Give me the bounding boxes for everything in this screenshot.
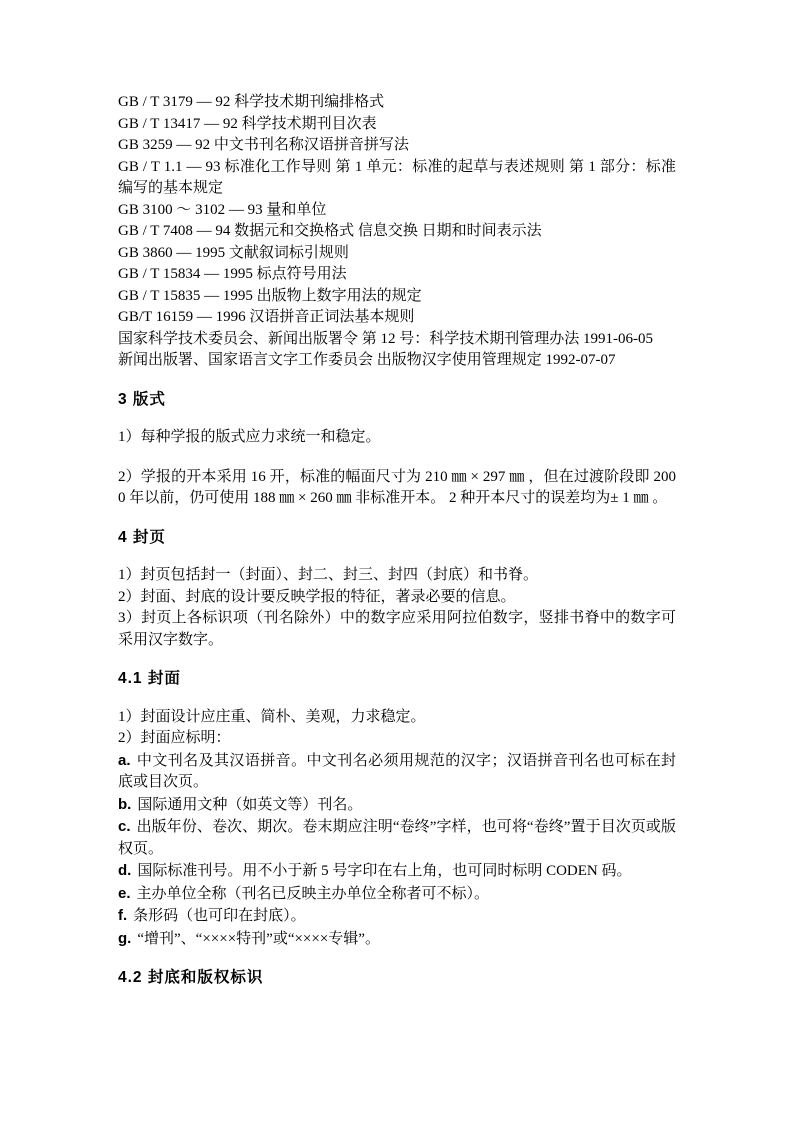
item-letter-prefix: a.	[118, 752, 137, 769]
reference-line: GB 3100 ～ 3102 — 93 量和单位	[118, 200, 676, 222]
item-letter-prefix: c.	[118, 818, 137, 835]
lettered-list-item: d.国际标准刊号。用不小于新 5 号字印在右上角，也可同时标明 CODEN 码。	[118, 860, 676, 883]
item-letter-prefix: g.	[118, 930, 137, 947]
paragraph: 2）封面应标明：	[118, 728, 676, 750]
section-heading: 3 版式	[118, 389, 676, 411]
reference-line: GB 3259 — 92 中文书刊名称汉语拼音拼写法	[118, 135, 676, 157]
section-heading: 4 封页	[118, 527, 676, 549]
paragraph: 2）封面、封底的设计要反映学报的特征，著录必要的信息。	[118, 587, 676, 609]
item-letter-prefix: d.	[118, 862, 137, 879]
item-letter-prefix: f.	[118, 907, 133, 924]
reference-line: GB / T 13417 — 92 科学技术期刊目次表	[118, 114, 676, 136]
paragraph: 1）封页包括封一（封面）、封二、封三、封四（封底）和书脊。	[118, 565, 676, 587]
reference-line: GB 3860 — 1995 文献叙词标引规则	[118, 243, 676, 265]
reference-line: GB / T 15835 — 1995 出版物上数字用法的规定	[118, 286, 676, 308]
lettered-list-item: b.国际通用文种（如英文等）刊名。	[118, 794, 676, 817]
lettered-list-item: e.主办单位全称（刊名已反映主办单位全称者可不标）。	[118, 883, 676, 906]
reference-line: GB / T 3179 — 92 科学技术期刊编排格式	[118, 92, 676, 114]
document-content: GB / T 3179 — 92 科学技术期刊编排格式GB / T 13417 …	[118, 92, 676, 989]
reference-line: GB / T 1.1 — 93 标准化工作导则 第 1 单元：标准的起草与表述规…	[118, 157, 676, 200]
item-letter-prefix: b.	[118, 796, 137, 813]
paragraph: 1）每种学报的版式应力求统一和稳定。	[118, 427, 676, 449]
reference-line: 国家科学技术委员会、新闻出版署令 第 12 号：科学技术期刊管理办法 1991-…	[118, 329, 676, 351]
lettered-list-item: a.中文刊名及其汉语拼音。中文刊名必须用规范的汉字；汉语拼音刊名也可标在封底或目…	[118, 750, 676, 794]
paragraph: 1）封面设计应庄重、简朴、美观，力求稳定。	[118, 707, 676, 729]
item-letter-prefix: e.	[118, 885, 137, 902]
reference-line: GB/T 16159 — 1996 汉语拼音正词法基本规则	[118, 307, 676, 329]
document-page: GB / T 3179 — 92 科学技术期刊编排格式GB / T 13417 …	[0, 0, 793, 1122]
lettered-list-item: c.出版年份、卷次、期次。卷末期应注明“卷终”字样，也可将“卷终”置于目次页或版…	[118, 816, 676, 860]
lettered-list-item: g.“增刊”、“××××特刊”或“××××专辑”。	[118, 928, 676, 951]
reference-line: 新闻出版署、国家语言文字工作委员会 出版物汉字使用管理规定 1992-07-07	[118, 350, 676, 372]
section-heading: 4.2 封底和版权标识	[118, 967, 676, 989]
reference-line: GB / T 7408 — 94 数据元和交换格式 信息交换 日期和时间表示法	[118, 221, 676, 243]
section-heading: 4.1 封面	[118, 668, 676, 690]
reference-line: GB / T 15834 — 1995 标点符号用法	[118, 264, 676, 286]
lettered-list-item: f.条形码（也可印在封底）。	[118, 905, 676, 928]
paragraph: 3）封页上各标识项（刊名除外）中的数字应采用阿拉伯数字，竖排书脊中的数字可采用汉…	[118, 608, 676, 651]
paragraph: 2）学报的开本采用 16 开，标准的幅面尺寸为 210 ㎜ × 297 ㎜ ，但…	[118, 467, 676, 510]
